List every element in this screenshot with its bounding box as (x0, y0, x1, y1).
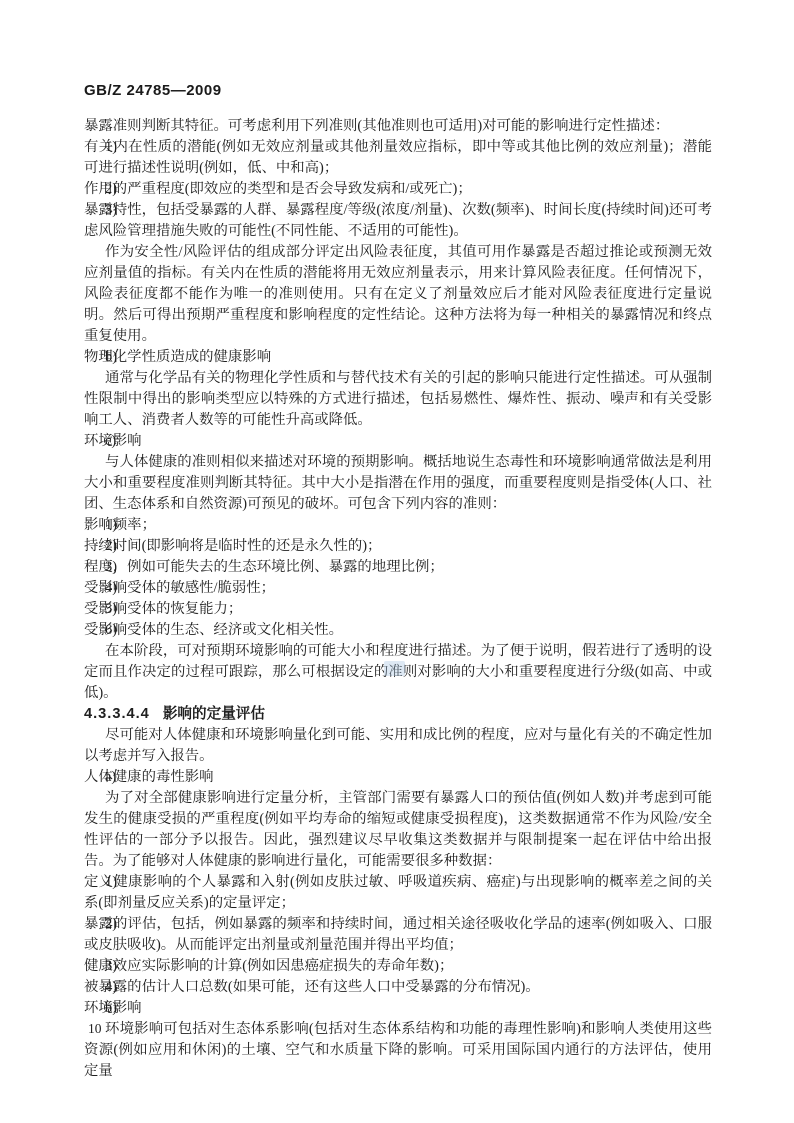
numbered-list-item: 3)健康效应实际影响的计算(例如因患癌症损失的寿命年数)； (84, 956, 712, 977)
list-item-label: 1) (105, 137, 117, 158)
paragraph: 与人体健康的准则相似来描述对环境的预期影响。概括地说生态毒性和环境影响通常做法是… (84, 452, 712, 515)
numbered-list-item: 2)持续时间(即影响将是临时性的还是永久性的)； (84, 536, 712, 557)
list-item-label: 2) (105, 179, 117, 200)
list-item-text: 被暴露的估计人口总数(如果可能，还有这些人口中受暴露的分布情况)。 (84, 979, 540, 995)
list-item-text: 有关内在性质的潜能(例如无效应剂量或其他剂量效应指标，即中等或其他比例的效应剂量… (84, 139, 712, 176)
numbered-list-item: 6)受影响受体的生态、经济或文化相关性。 (84, 620, 712, 641)
numbered-list-item: 1)定义健康影响的个人暴露和入射(例如皮肤过敏、呼吸道疾病、癌症)与出现影响的概… (84, 872, 712, 914)
list-item-text: 暴露的评估，包括，例如暴露的频率和持续时间，通过相关途径吸收化学品的速率(例如吸… (84, 916, 712, 953)
lettered-list-item: b)物理化学性质造成的健康影响 (84, 347, 712, 368)
standard-number-header: GB/Z 24785—2009 (84, 82, 222, 99)
numbered-list-item: 2)暴露的评估，包括，例如暴露的频率和持续时间，通过相关途径吸收化学品的速率(例… (84, 914, 712, 956)
list-item-label: 3) (105, 956, 117, 977)
list-item-text: 健康效应实际影响的计算(例如因患癌症损失的寿命年数)； (84, 958, 453, 974)
numbered-list-item: 3)暴露特性，包括受暴露的人群、暴露程度/等级(浓度/剂量)、次数(频率)、时间… (84, 200, 712, 242)
numbered-list-item: 5)受影响受体的恢复能力； (84, 599, 712, 620)
lettered-list-item: c)环境影响 (84, 431, 712, 452)
paragraph: 作为安全性/风险评估的组成部分评定出风险表征度，其值可用作暴露是否超过推论或预测… (84, 242, 712, 347)
list-item-text: 受影响受体的生态、经济或文化相关性。 (84, 622, 343, 638)
numbered-list-item: 3)程度，例如可能失去的生态环境比例、暴露的地理比例； (84, 557, 712, 578)
numbered-list-item: 4)被暴露的估计人口总数(如果可能，还有这些人口中受暴露的分布情况)。 (84, 977, 712, 998)
list-item-label: 3) (105, 200, 117, 221)
lettered-list-item: b)环境影响 (84, 998, 712, 1019)
list-item-text: 暴露特性，包括受暴露的人群、暴露程度/等级(浓度/剂量)、次数(频率)、时间长度… (84, 202, 712, 239)
scan-smudge-artifact (384, 661, 405, 676)
list-item-text: 影响频率； (84, 517, 156, 533)
numbered-list-item: 4)受影响受体的敏感性/脆弱性； (84, 578, 712, 599)
numbered-list-item: 2)作用的严重程度(即效应的类型和是否会导致发病和/或死亡)； (84, 179, 712, 200)
list-item-label: c) (105, 431, 116, 452)
list-item-label: 1) (105, 515, 117, 536)
list-item-label: 2) (105, 536, 117, 557)
list-item-label: b) (105, 998, 117, 1019)
lettered-list-item: a)人体健康的毒性影响 (84, 767, 712, 788)
list-item-label: 4) (105, 578, 117, 599)
paragraph: 暴露准则判断其特征。可考虑利用下列准则(其他准则也可适用)对可能的影响进行定性描… (84, 116, 712, 137)
list-item-label: 5) (105, 599, 117, 620)
list-item-label: a) (105, 767, 116, 788)
paragraph: 通常与化学品有关的物理化学性质和与替代技术有关的引起的影响只能进行定性描述。可从… (84, 368, 712, 431)
paragraph: 尽可能对人体健康和环境影响量化到可能、实用和成比例的程度，应对与量化有关的不确定… (84, 725, 712, 767)
numbered-list-item: 1)有关内在性质的潜能(例如无效应剂量或其他剂量效应指标，即中等或其他比例的效应… (84, 137, 712, 179)
list-item-text: 定义健康影响的个人暴露和入射(例如皮肤过敏、呼吸道疾病、癌症)与出现影响的概率差… (84, 874, 712, 911)
list-item-label: b) (105, 347, 117, 368)
list-item-text: 持续时间(即影响将是临时性的还是永久性的)； (84, 538, 381, 554)
list-item-text: 作用的严重程度(即效应的类型和是否会导致发病和/或死亡)； (84, 181, 472, 197)
list-item-text: 人体健康的毒性影响 (84, 769, 214, 785)
section-heading: 4.3.3.4.4影响的定量评估 (84, 704, 712, 725)
list-item-label: 1) (105, 872, 117, 893)
document-page: GB/Z 24785—2009 暴露准则判断其特征。可考虑利用下列准则(其他准则… (0, 0, 794, 1123)
list-item-text: 程度，例如可能失去的生态环境比例、暴露的地理比例； (84, 559, 444, 575)
numbered-list-item: 1)影响频率； (84, 515, 712, 536)
paragraph: 环境影响可包括对生态体系影响(包括对生态体系结构和功能的毒理性影响)和影响人类使… (84, 1019, 712, 1082)
list-item-label: 3) (105, 557, 117, 578)
section-title: 影响的定量评估 (163, 706, 265, 722)
list-item-label: 6) (105, 620, 117, 641)
list-item-label: 4) (105, 977, 117, 998)
paragraph: 为了对全部健康影响进行定量分析，主管部门需要有暴露人口的预估值(例如人数)并考虑… (84, 788, 712, 872)
list-item-label: 2) (105, 914, 117, 935)
document-body: 暴露准则判断其特征。可考虑利用下列准则(其他准则也可适用)对可能的影响进行定性描… (84, 116, 712, 1082)
page-number: 10 (88, 1021, 102, 1037)
section-number: 4.3.3.4.4 (84, 706, 150, 722)
